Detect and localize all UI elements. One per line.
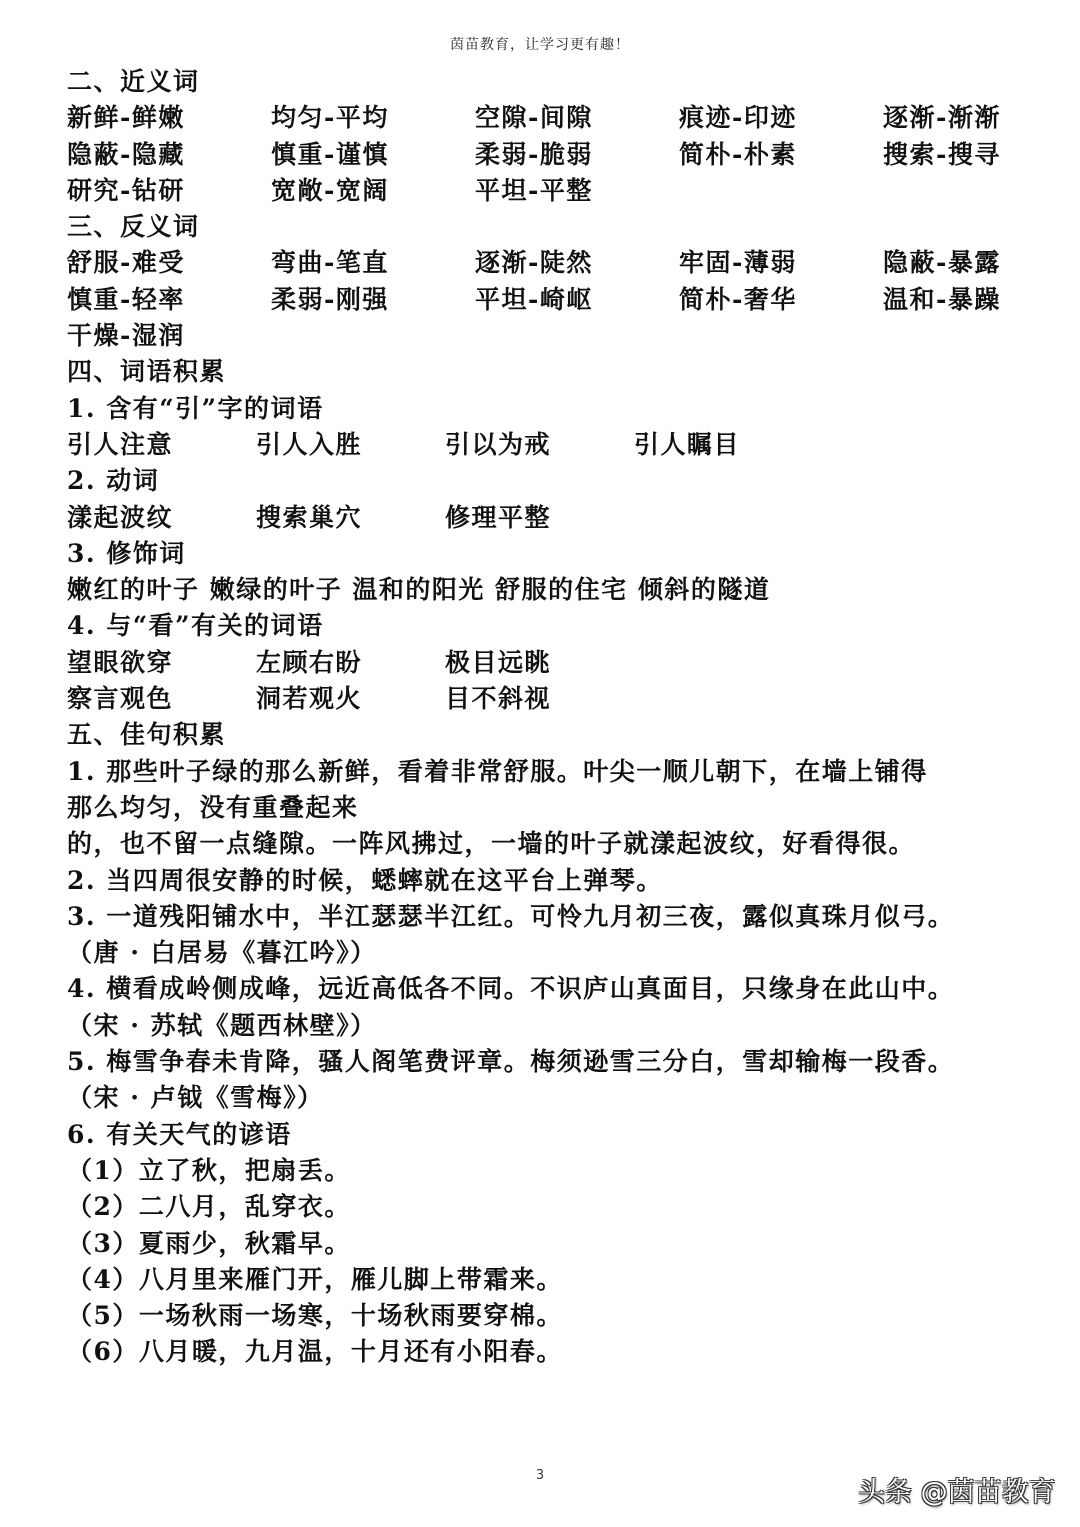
word-pair: 隐蔽-暴露 (883, 245, 1080, 281)
document-body: 二、近义词 新鲜-鲜嫩 均匀-平均 空隙-间隙 痕迹-印迹 逐渐-渐渐 隐蔽-隐… (67, 64, 1027, 1371)
word-row: 望眼欲穿 左顾右盼 极目远眺 (67, 645, 1027, 681)
watermark: 头条 @茵苗教育 (858, 1470, 1056, 1509)
word-item: 望眼欲穿 (67, 645, 256, 681)
proverb-line: （1）立了秋，把扇丢。 (67, 1153, 1027, 1189)
poem-attribution: （宋 · 卢钺《雪梅》） (67, 1080, 1027, 1116)
word-pair: 搜索-搜寻 (883, 137, 1080, 173)
antonym-row: 舒服-难受 弯曲-笔直 逐渐-陡然 牢固-薄弱 隐蔽-暴露 (67, 245, 1027, 281)
synonym-row: 研究-钻研 宽敞-宽阔 平坦-平整 (67, 173, 1027, 209)
section-title-antonyms: 三、反义词 (67, 209, 1027, 245)
antonym-row: 干燥-湿润 (67, 318, 1027, 354)
word-pair: 舒服-难受 (67, 245, 271, 281)
sentence-line: 的，也不留一点缝隙。一阵风拂过，一墙的叶子就漾起波纹，好看得很。 (67, 826, 1027, 862)
subsection-title: 4. 与“看”有关的词语 (67, 608, 1027, 644)
word-item: 洞若观火 (256, 681, 445, 717)
word-pair: 平坦-崎岖 (475, 282, 679, 318)
subsection-title: 3. 修饰词 (67, 536, 1027, 572)
sentence-line: 4. 横看成岭侧成峰，远近高低各不同。不识庐山真面目，只缘身在此山中。 (67, 971, 1027, 1007)
sentence-line: 2. 当四周很安静的时候，蟋蟀就在这平台上弹琴。 (67, 863, 1027, 899)
word-pair: 痕迹-印迹 (679, 100, 883, 136)
word-pair: 逐渐-陡然 (475, 245, 679, 281)
word-pair: 慎重-谨慎 (271, 137, 475, 173)
subsection-title: 2. 动词 (67, 463, 1027, 499)
antonym-row: 慎重-轻率 柔弱-刚强 平坦-崎岖 简朴-奢华 温和-暴躁 (67, 282, 1027, 318)
page-header: 茵苗教育，让学习更有趣！ (0, 34, 1080, 54)
word-pair: 逐渐-渐渐 (883, 100, 1080, 136)
section-title-sentences: 五、佳句积累 (67, 717, 1027, 753)
sentence-line: 1. 那些叶子绿的那么新鲜，看着非常舒服。叶尖一顺儿朝下，在墙上铺得 (67, 754, 1027, 790)
poem-attribution: （宋 · 苏轼《题西林壁》） (67, 1008, 1027, 1044)
proverb-line: （4）八月里来雁门开，雁儿脚上带霜来。 (67, 1262, 1027, 1298)
word-row: 漾起波纹 搜索巢穴 修理平整 (67, 500, 1027, 536)
word-pair: 简朴-奢华 (679, 282, 883, 318)
word-pair: 慎重-轻率 (67, 282, 271, 318)
section-title-vocabulary: 四、词语积累 (67, 354, 1027, 390)
sentence-line: 5. 梅雪争春未肯降，骚人阁笔费评章。梅须逊雪三分白，雪却输梅一段香。 (67, 1044, 1027, 1080)
word-row: 察言观色 洞若观火 目不斜视 (67, 681, 1027, 717)
word-pair: 空隙-间隙 (475, 100, 679, 136)
modifier-phrases: 嫩红的叶子 嫩绿的叶子 温和的阳光 舒服的住宅 倾斜的隧道 (67, 572, 1027, 608)
synonym-row: 新鲜-鲜嫩 均匀-平均 空隙-间隙 痕迹-印迹 逐渐-渐渐 (67, 100, 1027, 136)
word-item: 修理平整 (445, 500, 634, 536)
sentence-line: 3. 一道残阳铺水中，半江瑟瑟半江红。可怜九月初三夜，露似真珠月似弓。 (67, 899, 1027, 935)
word-pair: 温和-暴躁 (883, 282, 1080, 318)
word-pair: 柔弱-脆弱 (475, 137, 679, 173)
proverb-line: （5）一场秋雨一场寒，十场秋雨要穿棉。 (67, 1298, 1027, 1334)
word-pair: 新鲜-鲜嫩 (67, 100, 271, 136)
word-item: 引人注意 (67, 427, 256, 463)
word-item: 引人瞩目 (634, 427, 823, 463)
word-pair: 干燥-湿润 (67, 318, 271, 354)
word-pair: 牢固-薄弱 (679, 245, 883, 281)
word-pair: 弯曲-笔直 (271, 245, 475, 281)
section-title-synonyms: 二、近义词 (67, 64, 1027, 100)
word-item: 引以为戒 (445, 427, 634, 463)
word-pair: 隐蔽-隐藏 (67, 137, 271, 173)
word-pair: 均匀-平均 (271, 100, 475, 136)
word-item: 左顾右盼 (256, 645, 445, 681)
word-row: 引人注意 引人入胜 引以为戒 引人瞩目 (67, 427, 1027, 463)
proverb-line: （3）夏雨少，秋霜早。 (67, 1226, 1027, 1262)
proverb-line: （2）二八月，乱穿衣。 (67, 1189, 1027, 1225)
synonym-row: 隐蔽-隐藏 慎重-谨慎 柔弱-脆弱 简朴-朴素 搜索-搜寻 (67, 137, 1027, 173)
sentence-line: 那么均匀，没有重叠起来 (67, 790, 1027, 826)
proverb-line: （6）八月暖，九月温，十月还有小阳春。 (67, 1334, 1027, 1370)
subsection-title: 1. 含有“引”字的词语 (67, 391, 1027, 427)
word-pair: 宽敞-宽阔 (271, 173, 475, 209)
word-item: 目不斜视 (445, 681, 634, 717)
word-item: 漾起波纹 (67, 500, 256, 536)
word-pair: 平坦-平整 (475, 173, 679, 209)
word-pair: 简朴-朴素 (679, 137, 883, 173)
word-item: 察言观色 (67, 681, 256, 717)
word-item: 引人入胜 (256, 427, 445, 463)
word-item: 搜索巢穴 (256, 500, 445, 536)
poem-attribution: （唐 · 白居易《暮江吟》） (67, 935, 1027, 971)
word-pair: 柔弱-刚强 (271, 282, 475, 318)
subsection-title: 6. 有关天气的谚语 (67, 1117, 1027, 1153)
word-pair: 研究-钻研 (67, 173, 271, 209)
word-item: 极目远眺 (445, 645, 634, 681)
